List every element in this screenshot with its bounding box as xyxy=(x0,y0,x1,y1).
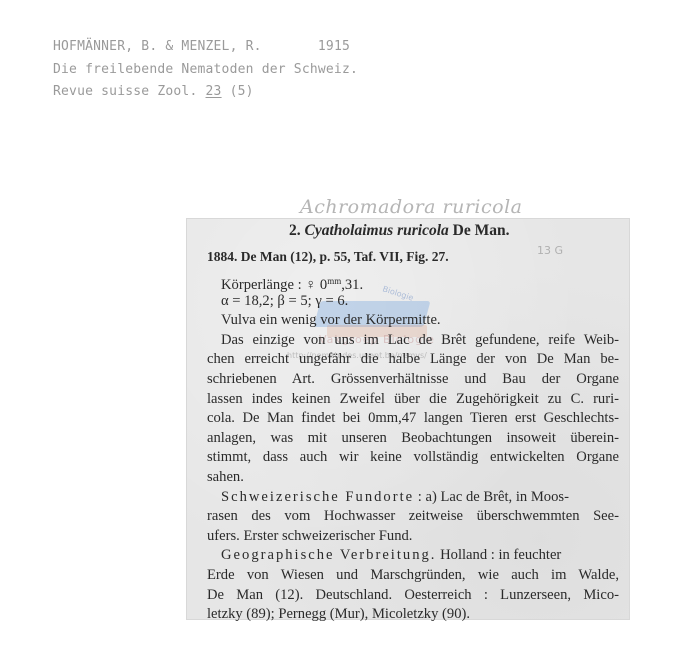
paragraph-line: sahen. xyxy=(207,468,619,488)
distribution-line: Erde von Wiesen und Marschgründen, wie a… xyxy=(207,566,619,586)
card-issue: (5) xyxy=(222,84,254,99)
excerpt-body: Körperlänge : ♀ 0mm,31. α = 18,2; β = 5;… xyxy=(207,272,619,625)
card-journal: Revue suisse Zool. xyxy=(53,84,206,99)
paragraph-line: stimmt, dass auch wir keine vollständig … xyxy=(207,448,619,468)
species-author: De Man. xyxy=(453,222,510,239)
distribution-line: Geographische Verbreitung. Holland : in … xyxy=(207,546,619,566)
distribution-line: letzky (89); Pernegg (Mur), Micoletzky (… xyxy=(207,605,619,625)
distribution-heading: Geographische Verbreitung. xyxy=(221,547,436,563)
localities-line: rasen des vom Hochwasser zeitweise übers… xyxy=(207,507,619,527)
body-ratios: α = 18,2; β = 5; γ = 6. xyxy=(207,292,619,312)
distribution-line: De Man (12). Deutschland. Oesterreich : … xyxy=(207,586,619,606)
species-number: 2. xyxy=(289,222,301,239)
card-title: Die freilebende Nematoden der Schweiz. xyxy=(53,59,358,82)
reference-card-header: HOFMÄNNER, B. & MENZEL, R. 1915 Die frei… xyxy=(53,36,358,104)
localities-line: ufers. Erster schweizerischer Fund. xyxy=(207,527,619,547)
species-heading: 2. Cyatholaimus ruricola De Man. xyxy=(289,221,509,241)
card-authors-line: HOFMÄNNER, B. & MENZEL, R. 1915 xyxy=(53,36,358,59)
paragraph-line: cola. De Man findet bei 0mm,47 langen Ti… xyxy=(207,409,619,429)
body-length: Körperlänge : ♀ 0mm,31. xyxy=(207,272,619,292)
paragraph-line: chen erreicht ungefähr die halbe Länge d… xyxy=(207,350,619,370)
card-authors: HOFMÄNNER, B. & MENZEL, R. xyxy=(53,39,262,54)
card-volume: 23 xyxy=(206,84,222,99)
localities-heading: Schweizerische Fundorte xyxy=(221,489,414,505)
card-year: 1915 xyxy=(318,39,350,54)
pencil-note: 13 G xyxy=(537,241,563,261)
paragraph-line: lassen indes keinen Zweifel über die Zug… xyxy=(207,390,619,410)
paragraph-line: anlagen, was mit unseren Beobachtungen i… xyxy=(207,429,619,449)
localities-line: Schweizerische Fundorte : a) Lac de Brêt… xyxy=(207,488,619,508)
paragraph-line: schriebenen Art. Grössenverhältnisse und… xyxy=(207,370,619,390)
vulva-position: Vulva ein wenig vor der Körpermitte. xyxy=(207,311,619,331)
species-name: Cyatholaimus ruricola xyxy=(305,222,449,239)
paragraph-line: Das einzige von uns im Lac de Brêt gefun… xyxy=(207,331,619,351)
handwritten-species-name: Achromadora ruricola xyxy=(300,196,522,218)
card-journal-line: Revue suisse Zool. 23 (5) xyxy=(53,81,358,104)
literature-reference: 1884. De Man (12), p. 55, Taf. VII, Fig.… xyxy=(207,247,449,267)
scanned-excerpt: Biologie Vakgroep Biologie http://nemato… xyxy=(187,219,629,619)
